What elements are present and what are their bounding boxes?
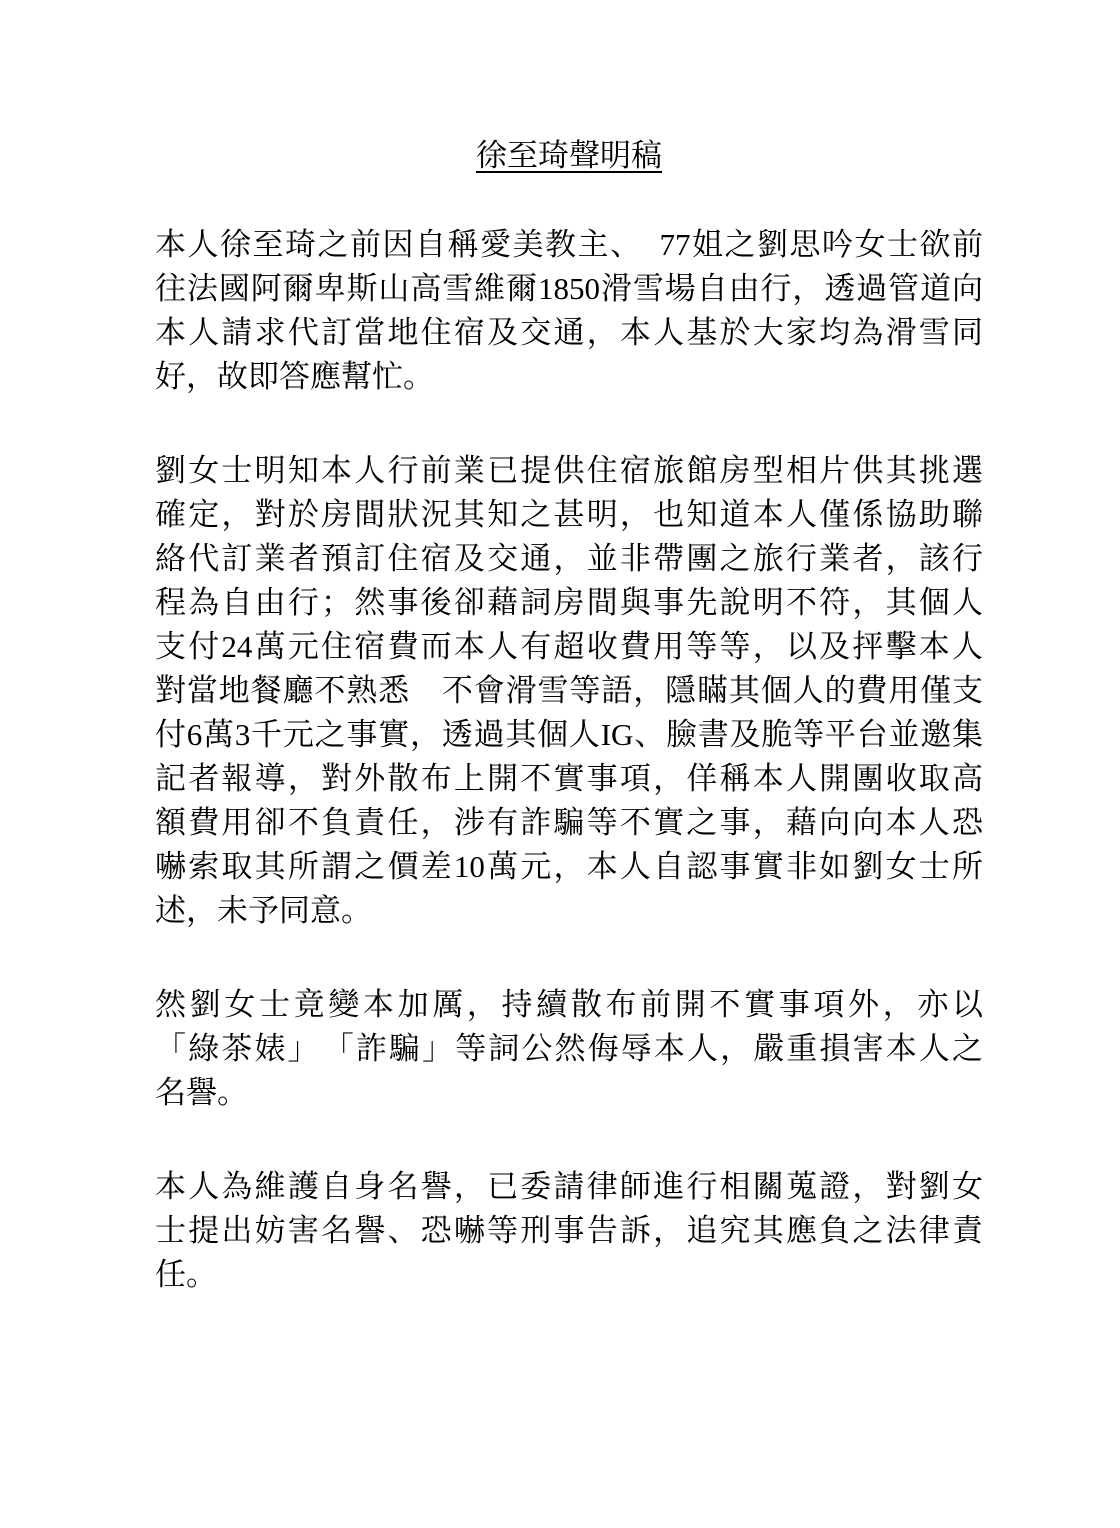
paragraph: 本人徐至琦之前因自稱愛美教主、 77姐之劉思吟女士欲前往法國阿爾卑斯山高雪維爾1… bbox=[155, 223, 983, 399]
text-line: 好，故即答應幫忙。 bbox=[155, 355, 983, 399]
text-line: 對當地餐廳不熟悉 不會滑雪等語，隱瞞其個人的費用僅支 bbox=[155, 669, 983, 713]
text-line: 本人徐至琦之前因自稱愛美教主、 77姐之劉思吟女士欲前 bbox=[155, 223, 983, 267]
document-body: 本人徐至琦之前因自稱愛美教主、 77姐之劉思吟女士欲前往法國阿爾卑斯山高雪維爾1… bbox=[155, 223, 983, 1297]
paragraph: 劉女士明知本人行前業已提供住宿旅館房型相片供其挑選確定，對於房間狀況其知之甚明，… bbox=[155, 449, 983, 933]
text-line: 本人為維護自身名譽，已委請律師進行相關蒐證，對劉女 bbox=[155, 1165, 983, 1209]
text-line: 往法國阿爾卑斯山高雪維爾1850滑雪場自由行，透過管道向 bbox=[155, 267, 983, 311]
text-line: 確定，對於房間狀況其知之甚明，也知道本人僅係協助聯 bbox=[155, 493, 983, 537]
text-line: 記者報導，對外散布上開不實事項，佯稱本人開團收取高 bbox=[155, 757, 983, 801]
text-line: 額費用卻不負責任，涉有詐騙等不實之事，藉向向本人恐 bbox=[155, 801, 983, 845]
text-line: 程為自由行；然事後卻藉詞房間與事先說明不符，其個人 bbox=[155, 581, 983, 625]
text-line: 支付24萬元住宿費而本人有超收費用等等，以及抨擊本人 bbox=[155, 625, 983, 669]
text-line: 付6萬3千元之事實，透過其個人IG、臉書及脆等平台並邀集 bbox=[155, 713, 983, 757]
text-line: 嚇索取其所謂之價差10萬元，本人自認事實非如劉女士所 bbox=[155, 845, 983, 889]
document-page: 徐至琦聲明稿 本人徐至琦之前因自稱愛美教主、 77姐之劉思吟女士欲前往法國阿爾卑… bbox=[0, 0, 1120, 1528]
paragraph: 本人為維護自身名譽，已委請律師進行相關蒐證，對劉女士提出妨害名譽、恐嚇等刑事告訴… bbox=[155, 1165, 983, 1297]
text-line: 名譽。 bbox=[155, 1071, 983, 1115]
text-line: 士提出妨害名譽、恐嚇等刑事告訴，追究其應負之法律責 bbox=[155, 1209, 983, 1253]
text-line: 任。 bbox=[155, 1253, 983, 1297]
text-line: 本人請求代訂當地住宿及交通，本人基於大家均為滑雪同 bbox=[155, 311, 983, 355]
text-line: 絡代訂業者預訂住宿及交通，並非帶團之旅行業者，該行 bbox=[155, 537, 983, 581]
text-line: 劉女士明知本人行前業已提供住宿旅館房型相片供其挑選 bbox=[155, 449, 983, 493]
document-title: 徐至琦聲明稿 bbox=[155, 134, 983, 178]
paragraph: 然劉女士竟變本加厲，持續散布前開不實事項外，亦以「綠茶婊」 「詐騙」等詞公然侮辱… bbox=[155, 983, 983, 1115]
text-line: 然劉女士竟變本加厲，持續散布前開不實事項外，亦以 bbox=[155, 983, 983, 1027]
text-line: 「綠茶婊」 「詐騙」等詞公然侮辱本人，嚴重損害本人之 bbox=[155, 1027, 983, 1071]
document-title-text: 徐至琦聲明稿 bbox=[474, 138, 664, 173]
text-line: 述，未予同意。 bbox=[155, 889, 983, 933]
